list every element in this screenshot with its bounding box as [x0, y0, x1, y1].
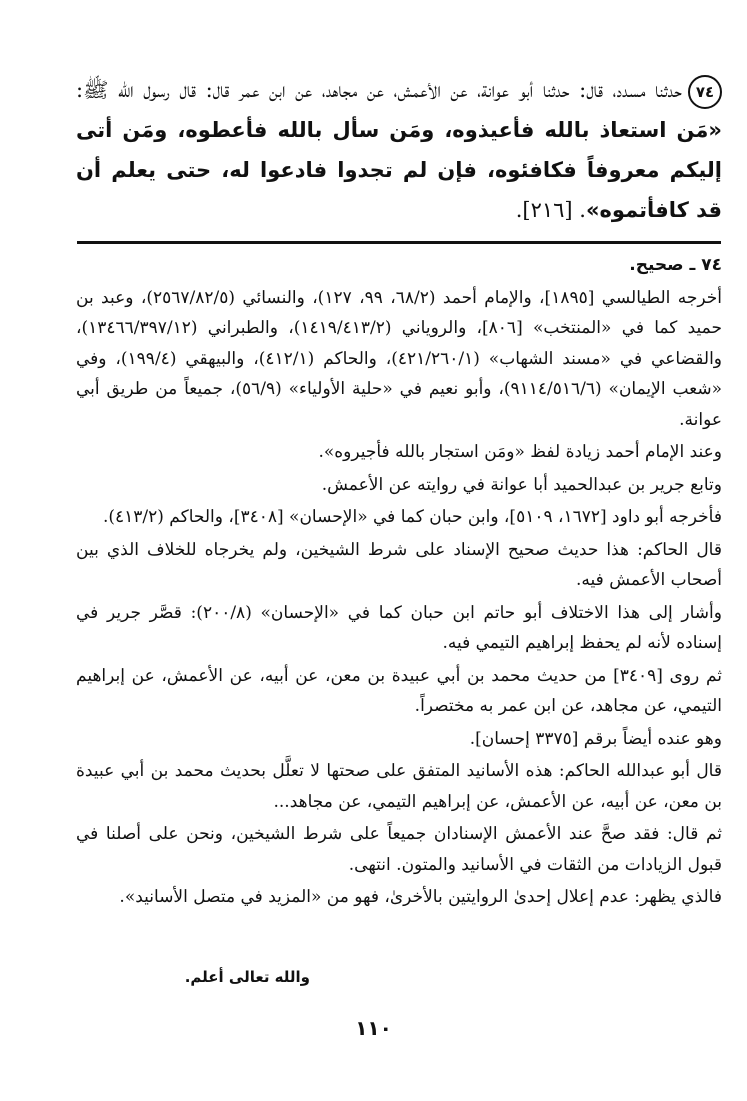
note-paragraph: وعند الإمام أحمد زيادة لفظ «ومَن استجار … [76, 437, 722, 468]
note-paragraph: ثم قال: فقد صحَّ عند الأعمش الإسنادان جم… [76, 819, 722, 880]
note-paragraph: فأخرجه أبو داود [١٦٧٢، ٥١٠٩]، وابن حبان … [76, 502, 722, 533]
note-paragraph: وأشار إلى هذا الاختلاف أبو حاتم ابن حبان… [76, 598, 722, 659]
hadith-isnad: حدثنا مسدد، قال: حدثنا أبو عوانة، عن الأ… [76, 78, 682, 102]
hadith-matn: «مَن استعاذ بالله فأعيذوه، ومَن سأل بالل… [76, 118, 722, 222]
footnotes: ٧٤ ـ صحيح. أخرجه الطيالسي [١٨٩٥]، والإما… [76, 250, 722, 915]
note-paragraph: وتابع جرير بن عبدالحميد أبا عوانة في روا… [76, 470, 722, 501]
page-number: ١١٠ [0, 1016, 747, 1040]
hadith-grade: ٧٤ ـ صحيح. [76, 250, 722, 281]
hadith-number-badge: ٧٤ [688, 75, 722, 109]
note-paragraph: قال الحاكم: هذا حديث صحيح الإسناد على شر… [76, 535, 722, 596]
book-page: ٧٤حدثنا مسدد، قال: حدثنا أبو عوانة، عن ا… [0, 0, 747, 1101]
hadith-paragraph: ٧٤حدثنا مسدد، قال: حدثنا أبو عوانة، عن ا… [76, 70, 722, 230]
note-paragraph: قال أبو عبدالله الحاكم: هذه الأسانيد الم… [76, 756, 722, 817]
hadith-text: ٧٤حدثنا مسدد، قال: حدثنا أبو عوانة، عن ا… [76, 70, 722, 230]
footnote-separator [77, 241, 721, 244]
hadith-reference: . [٢١٦]. [516, 198, 586, 222]
note-paragraph: فالذي يظهر: عدم إعلال إحدىٰ الروايتين با… [76, 882, 722, 913]
note-paragraph: وهو عنده أيضاً برقم [٣٣٧٥ إحسان]. [76, 724, 722, 755]
closing-phrase: والله تعالى أعلم. [110, 968, 310, 986]
note-paragraph: أخرجه الطيالسي [١٨٩٥]، والإمام أحمد (٦٨/… [76, 283, 722, 436]
note-paragraph: ثم روى [٣٤٠٩] من حديث محمد بن أبي عبيدة … [76, 661, 722, 722]
